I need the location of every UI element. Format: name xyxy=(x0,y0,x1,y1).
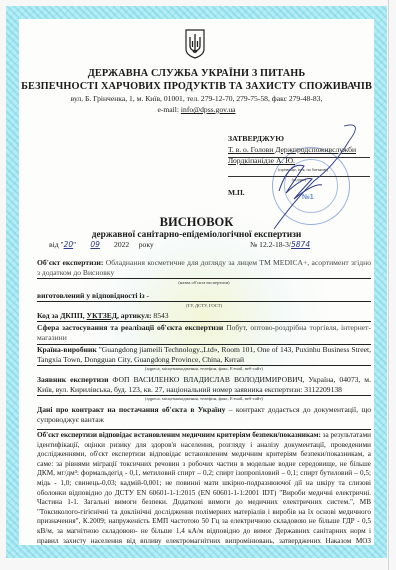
contract-field: Дані про контракт на постачання об'єкта … xyxy=(37,405,371,425)
date-prefix: від " xyxy=(49,240,64,249)
object-label: Об'єкт експертизи: xyxy=(37,258,103,267)
agency-email-row: e-mail: info@dpss.gov.ua xyxy=(19,105,374,115)
date-quote: " xyxy=(73,240,76,249)
country-label: Країна-виробник xyxy=(37,345,97,354)
code-label-prefix: Код за ДКПП, xyxy=(37,311,87,320)
agency-name-line2: БЕЗПЕЧНОСТІ ХАРЧОВИХ ПРОДУКТІВ ТА ЗАХИСТ… xyxy=(19,80,374,93)
country-caption: (адреса, місцезнаходження, телефон, факс… xyxy=(37,366,371,372)
code-value: 8543 xyxy=(152,311,169,320)
certificate-paper: ДЕРЖАВНА СЛУЖБА УКРАЇНИ З ПИТАНЬ БЕЗПЕЧН… xyxy=(19,19,374,545)
conclusion-date: від "20" 09 2022 року xyxy=(49,240,154,250)
page-edge-shadow xyxy=(388,0,389,570)
date-year: 2022 xyxy=(114,240,129,249)
agency-address: вул. Б. Грінченка, 1, м. Київ, 01001, те… xyxy=(19,94,374,104)
number-prefix: № 12.2-18-3/ xyxy=(250,240,291,249)
agency-name-line1: ДЕРЖАВНА СЛУЖБА УКРАЇНИ З ПИТАНЬ xyxy=(19,67,374,80)
scope-label: Сфера застосування та реалізації об'єкта… xyxy=(37,323,223,332)
conclusion-title: ВИСНОВОК xyxy=(19,215,374,230)
contract-underline xyxy=(37,429,371,430)
applicant-label: Заявник експертизи xyxy=(37,375,108,384)
certificate-document: ДЕРЖАВНА СЛУЖБА УКРАЇНИ З ПИТАНЬ БЕЗПЕЧН… xyxy=(6,6,387,558)
object-underline xyxy=(37,278,371,279)
date-day: 20 xyxy=(64,240,74,249)
date-year-suffix: року xyxy=(139,240,154,249)
country-field: Країна-виробник "Guangdong jiameili Tech… xyxy=(37,345,371,365)
coat-of-arms-icon xyxy=(184,29,206,59)
code-label-ukt: УКТЗЕД xyxy=(87,311,117,320)
conclusion-subtitle: державної санітарно-епідеміологічної екс… xyxy=(19,230,374,240)
criteria-label: Об'єкт експертизи відповідає встановлени… xyxy=(37,431,321,439)
conclusion-number: № 12.2-18-3/5874 xyxy=(250,240,349,250)
applicant-field: Заявник експертизи ФОП ВАСИЛЕНКО ВЛАДИСЛ… xyxy=(37,375,371,395)
object-field: Об'єкт експертизи: Обладнання косметичне… xyxy=(37,258,371,278)
code-field: Код за ДКПП, УКТЗЕД, артикул: 8543 xyxy=(37,311,371,321)
scope-field: Сфера застосування та реалізації об'єкта… xyxy=(37,323,371,343)
criteria-value: за результатами ідентифікації, оцінки ри… xyxy=(37,431,371,545)
number-suffix: 5874 xyxy=(291,240,349,250)
contract-label: Дані про контракт на постачання об'єкта … xyxy=(37,405,225,414)
email-link[interactable]: info@dpss.gov.ua xyxy=(181,105,236,114)
email-label: e-mail: xyxy=(158,105,181,114)
criteria-field: Об'єкт експертизи відповідає встановлени… xyxy=(37,431,371,545)
manufactured-caption: (ТУ, ДСТУ, ГОСТ) xyxy=(37,303,371,309)
code-underline xyxy=(37,321,371,322)
manufactured-field: виготовлений у відповідності із - xyxy=(37,291,371,301)
object-caption: (назва об'єкта експертизи) xyxy=(37,280,371,286)
date-month: 09 xyxy=(78,240,112,250)
manufactured-underline xyxy=(37,301,371,302)
manufactured-label: виготовлений у відповідності із xyxy=(37,291,145,300)
code-label-suffix: , артикул: xyxy=(117,311,152,320)
applicant-caption: (адреса, місцезнаходження, телефон, факс… xyxy=(37,396,371,402)
manufactured-value: - xyxy=(145,291,149,300)
